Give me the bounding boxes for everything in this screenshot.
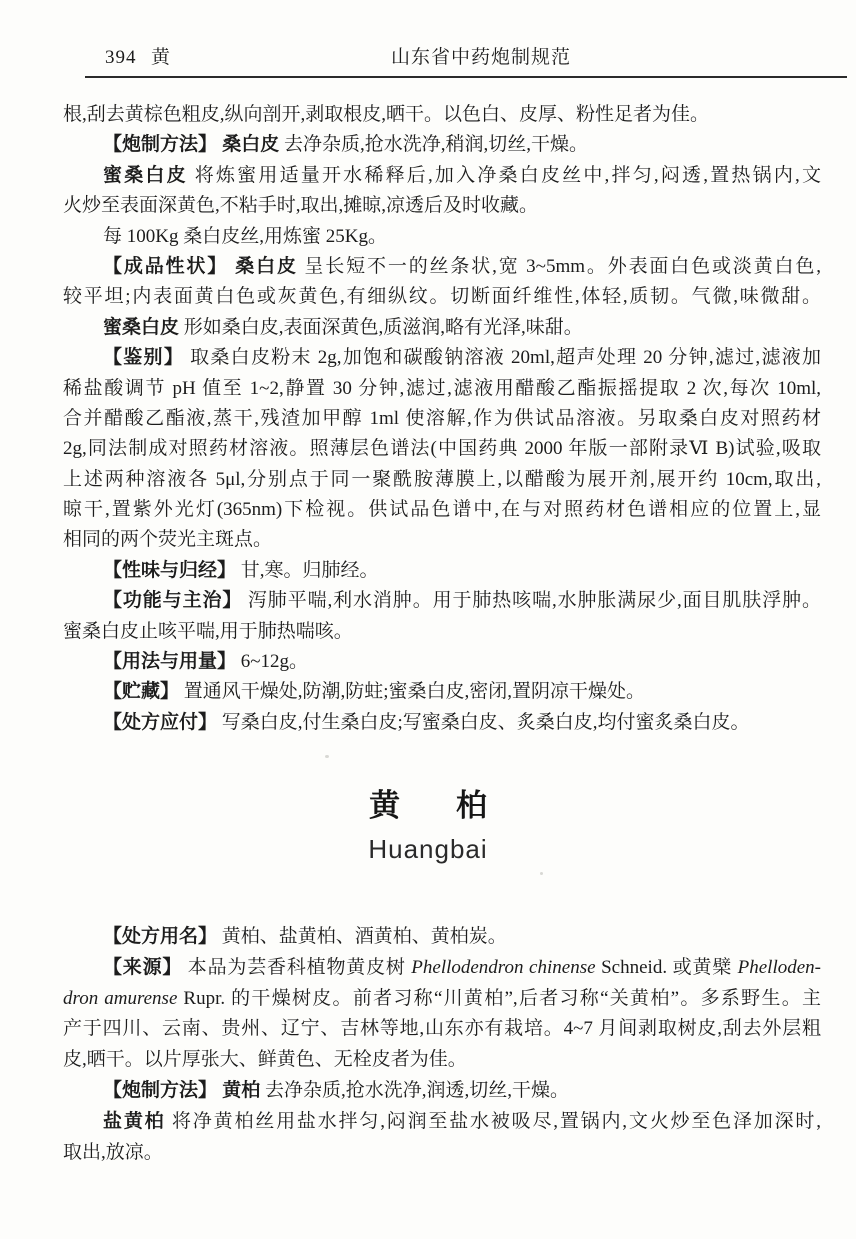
text-segment: 相同的两个荧光主斑点。 [63,529,272,550]
text-line: 蜜桑白皮止咳平喘,用于肺热喘咳。 [63,617,821,647]
book-title: 山东省中药炮制规范 [63,44,845,72]
scan-speckle [540,872,543,875]
text-line: 【炮制方法】 桑白皮 去净杂质,抢水洗净,稍润,切丝,干燥。 [63,130,821,160]
text-segment: Phellodendron chinense [411,957,595,978]
text-line: 【性味与归经】 甘,寒。归肺经。 [63,556,821,586]
section-label: 【来源】 [103,957,182,978]
text-segment: 合并醋酸乙酯液,蒸干,残渣加甲醇 1ml 使溶解,作为供试品溶液。另取桑白皮对照… [63,408,821,429]
section-label: 【功能与主治】 [103,590,242,611]
text-line: 取出,放凉。 [63,1138,821,1169]
text-segment: Schneid. 或黄檗 [596,957,738,978]
text-line: 蜜桑白皮 将炼蜜用适量开水稀释后,加入净桑白皮丝中,拌匀,闷透,置热锅内,文 [63,161,821,191]
text-line: 火炒至表面深黄色,不粘手时,取出,摊晾,凉透后及时收藏。 [63,191,821,221]
text-segment: 将炼蜜用适量开水稀释后,加入净桑白皮丝中,拌匀,闷透,置热锅内,文 [188,165,821,186]
text-line: 合并醋酸乙酯液,蒸干,残渣加甲醇 1ml 使溶解,作为供试品溶液。另取桑白皮对照… [63,404,821,434]
section-label: 【用法与用量】 [103,651,236,672]
huangbai-title-pinyin: Huangbai [0,836,856,862]
section-label: 【炮制方法】 桑白皮 [103,134,279,155]
section-label: 蜜桑白皮 [103,165,188,186]
text-line: 皮,晒干。以片厚张大、鲜黄色、无栓皮者为佳。 [63,1045,821,1076]
text-segment: 每 100Kg 桑白皮丝,用炼蜜 25Kg。 [103,226,387,247]
text-segment: 产于四川、云南、贵州、辽宁、吉林等地,山东亦有栽培。4~7 月间剥取树皮,刮去外… [63,1018,821,1039]
section-label: 盐黄柏 [103,1111,165,1132]
text-segment: 火炒至表面深黄色,不粘手时,取出,摊晾,凉透后及时收藏。 [63,195,538,216]
huangbai-title-block: 黄 柏 Huangbai [0,790,856,862]
text-segment: 上述两种溶液各 5μl,分别点于同一聚酰胺薄膜上,以醋酸为展开剂,展开约 10c… [63,469,821,490]
text-segment: 取出,放凉。 [63,1142,163,1163]
section-label: 【炮制方法】 黄柏 [103,1080,260,1101]
text-line: 【处方用名】 黄柏、盐黄柏、酒黄柏、黄柏炭。 [63,922,821,953]
section-label: 【贮藏】 [103,681,179,702]
text-segment: 置通风干燥处,防潮,防蛀;蜜桑白皮,密闭,置阴凉干燥处。 [179,681,645,702]
text-line: 【处方应付】 写桑白皮,付生桑白皮;写蜜桑白皮、炙桑白皮,均付蜜炙桑白皮。 [63,708,821,738]
text-segment: 甘,寒。归肺经。 [236,560,379,581]
text-line: 上述两种溶液各 5μl,分别点于同一聚酰胺薄膜上,以醋酸为展开剂,展开约 10c… [63,465,821,495]
section-label: 【性味与归经】 [103,560,236,581]
text-line: 盐黄柏 将净黄柏丝用盐水拌匀,闷润至盐水被吸尽,置锅内,文火炒至色泽加深时, [63,1107,821,1138]
text-line: 每 100Kg 桑白皮丝,用炼蜜 25Kg。 [63,222,821,252]
text-segment: 将净黄柏丝用盐水拌匀,闷润至盐水被吸尽,置锅内,文火炒至色泽加深时, [165,1111,821,1132]
text-segment: 取桑白皮粉末 2g,加饱和碳酸钠溶液 20ml,超声处理 20 分钟,滤过,滤液… [184,347,821,368]
huangbai-text-block: 【处方用名】 黄柏、盐黄柏、酒黄柏、黄柏炭。【来源】 本品为芸香科植物黄皮树 P… [63,922,821,1168]
text-line: 产于四川、云南、贵州、辽宁、吉林等地,山东亦有栽培。4~7 月间剥取树皮,刮去外… [63,1014,821,1045]
text-segment: 晾干,置紫外光灯(365nm)下检视。供试品色谱中,在与对照药材色谱相应的位置上… [63,499,821,520]
page-header: 394 黄 山东省中药炮制规范 [63,44,845,72]
text-line: 【用法与用量】 6~12g。 [63,647,821,677]
huangbai-title-char1: 黄 [369,790,400,821]
section-label: 【成品性状】 桑白皮 [103,256,298,277]
text-segment: 呈长短不一的丝条状,宽 3~5mm。外表面白色或淡黄白色, [298,256,821,277]
text-segment: 去净杂质,抢水洗净,润透,切丝,干燥。 [260,1080,569,1101]
text-line: 稀盐酸调节 pH 值至 1~2,静置 30 分钟,滤过,滤液用醋酸乙酯振摇提取 … [63,374,821,404]
section-label: 【处方用名】 [103,926,217,947]
text-segment: dron amurense [63,988,177,1009]
text-segment: 黄柏、盐黄柏、酒黄柏、黄柏炭。 [217,926,507,947]
text-line: 【功能与主治】 泻肺平喘,利水消肿。用于肺热咳喘,水肿胀满尿少,面目肌肤浮肿。 [63,586,821,616]
section-label: 【鉴别】 [103,347,184,368]
section-label: 【处方应付】 [103,712,217,733]
text-segment: 形如桑白皮,表面深黄色,质滋润,略有光泽,味甜。 [179,317,583,338]
huangbai-title-chinese: 黄 柏 [0,790,856,821]
text-segment: Rupr. 的干燥树皮。前者习称“川黄柏”,后者习称“关黄柏”。多系野生。主 [177,988,821,1009]
text-line: 【鉴别】 取桑白皮粉末 2g,加饱和碳酸钠溶液 20ml,超声处理 20 分钟,… [63,343,821,373]
sangbaipi-text-block: 根,刮去黄棕色粗皮,纵向剖开,剥取根皮,晒干。以色白、皮厚、粉性足者为佳。【炮制… [63,100,821,738]
text-line: dron amurense Rupr. 的干燥树皮。前者习称“川黄柏”,后者习称… [63,984,821,1015]
text-segment: 稀盐酸调节 pH 值至 1~2,静置 30 分钟,滤过,滤液用醋酸乙酯振摇提取 … [63,378,821,399]
text-line: 【炮制方法】 黄柏 去净杂质,抢水洗净,润透,切丝,干燥。 [63,1076,821,1107]
text-segment: 6~12g。 [236,651,308,672]
huangbai-title-char2: 柏 [456,790,487,821]
text-line: 较平坦;内表面黄白色或灰黄色,有细纵纹。切断面纤维性,体轻,质韧。气微,味微甜。 [63,282,821,312]
text-line: 【贮藏】 置通风干燥处,防潮,防蛀;蜜桑白皮,密闭,置阴凉干燥处。 [63,677,821,707]
text-line: 【来源】 本品为芸香科植物黄皮树 Phellodendron chinense … [63,953,821,984]
text-segment: 本品为芸香科植物黄皮树 [182,957,411,978]
text-segment: 根,刮去黄棕色粗皮,纵向剖开,剥取根皮,晒干。以色白、皮厚、粉性足者为佳。 [63,104,709,125]
section-label: 蜜桑白皮 [103,317,179,338]
text-segment: 2g,同法制成对照药材溶液。照薄层色谱法(中国药典 2000 年版一部附录Ⅵ B… [63,438,821,459]
scanned-page: 394 黄 山东省中药炮制规范 根,刮去黄棕色粗皮,纵向剖开,剥取根皮,晒干。以… [0,0,856,1239]
scan-speckle [325,755,329,758]
text-segment: Phelloden- [738,957,821,978]
text-line: 晾干,置紫外光灯(365nm)下检视。供试品色谱中,在与对照药材色谱相应的位置上… [63,495,821,525]
text-segment: 去净杂质,抢水洗净,稍润,切丝,干燥。 [279,134,588,155]
text-line: 相同的两个荧光主斑点。 [63,525,821,555]
text-segment: 写桑白皮,付生桑白皮;写蜜桑白皮、炙桑白皮,均付蜜炙桑白皮。 [217,712,750,733]
text-segment: 蜜桑白皮止咳平喘,用于肺热喘咳。 [63,621,353,642]
header-divider [85,76,847,78]
text-line: 蜜桑白皮 形如桑白皮,表面深黄色,质滋润,略有光泽,味甜。 [63,313,821,343]
text-segment: 较平坦;内表面黄白色或灰黄色,有细纵纹。切断面纤维性,体轻,质韧。气微,味微甜。 [63,286,821,307]
text-line: 根,刮去黄棕色粗皮,纵向剖开,剥取根皮,晒干。以色白、皮厚、粉性足者为佳。 [63,100,821,130]
text-segment: 泻肺平喘,利水消肿。用于肺热咳喘,水肿胀满尿少,面目肌肤浮肿。 [242,590,821,611]
text-line: 【成品性状】 桑白皮 呈长短不一的丝条状,宽 3~5mm。外表面白色或淡黄白色, [63,252,821,282]
text-line: 2g,同法制成对照药材溶液。照薄层色谱法(中国药典 2000 年版一部附录Ⅵ B… [63,434,821,464]
text-segment: 皮,晒干。以片厚张大、鲜黄色、无栓皮者为佳。 [63,1049,467,1070]
